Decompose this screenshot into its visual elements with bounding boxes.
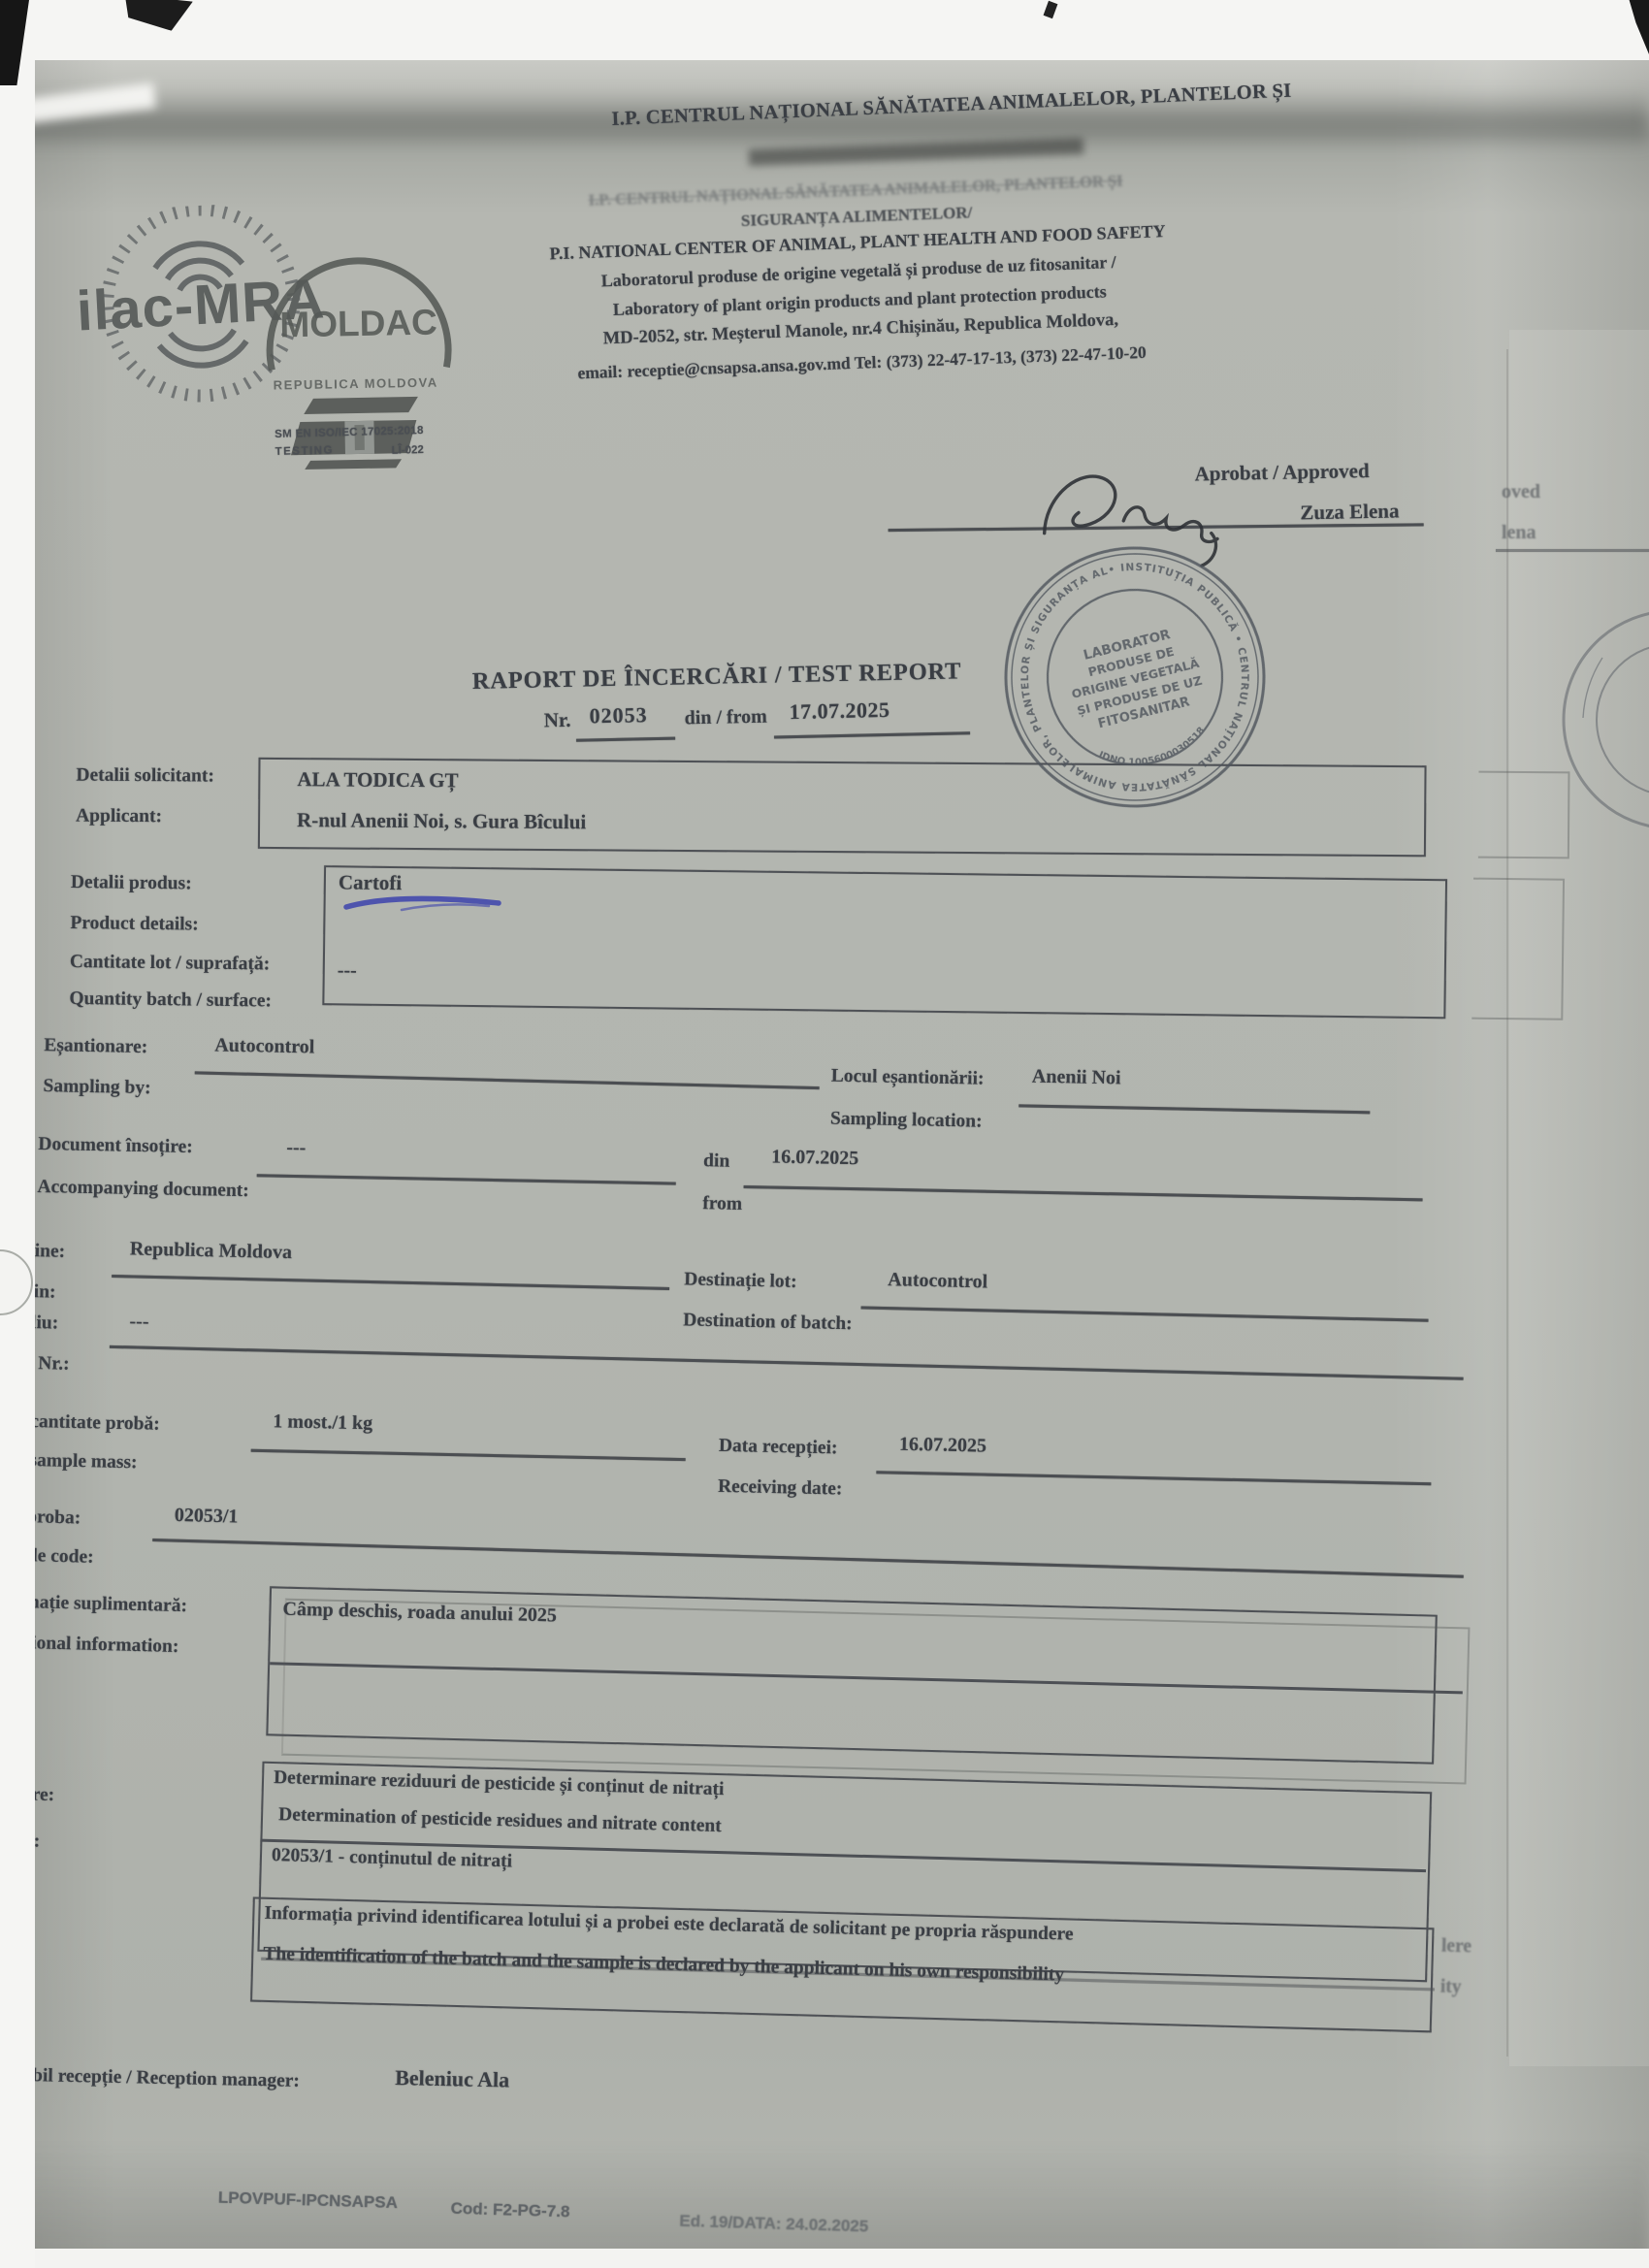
- footer-doc-code: Cod: F2-PG-7.8: [450, 2199, 569, 2222]
- applicant-label-en: Applicant:: [76, 806, 162, 828]
- additional-info-ghost-box: [281, 1599, 1471, 1785]
- reception-manager-name: Beleniuc Ala: [395, 2065, 509, 2092]
- receiving-value: 16.07.2025: [899, 1434, 986, 1458]
- applicant-name-value: ALA TODICA GȚ: [297, 767, 458, 793]
- scanned-test-report-page: I.P. CENTRUL NAȚIONAL SĂNĂTATEA ANIMALEL…: [0, 0, 1649, 2268]
- destination-label-ro: Destinație lot:: [684, 1269, 797, 1293]
- receiving-label-ro: Data recepției:: [719, 1436, 838, 1460]
- document-din-label: din: [703, 1150, 730, 1173]
- destination-value: Autocontrol: [888, 1269, 987, 1293]
- sampling-value: Autocontrol: [214, 1034, 314, 1058]
- destination-label-en: Destination of batch:: [683, 1310, 853, 1335]
- report-din-label: din / from: [684, 706, 767, 730]
- document-label-ro: Document însoțire:: [38, 1134, 193, 1158]
- sampling-location-label-en: Sampling location:: [830, 1109, 983, 1133]
- approver-name: Zuza Elena: [1300, 499, 1400, 525]
- sampling-label-en: Sampling by:: [43, 1076, 150, 1099]
- document-from-label: from: [702, 1193, 742, 1215]
- quantity-label-ro: Cantitate lot / suprafață:: [70, 952, 271, 976]
- sample-code-value: 02053/1: [175, 1505, 239, 1529]
- document-date-value: 16.07.2025: [771, 1146, 858, 1170]
- moldac-country-text: REPUBLICA MOLDOVA: [274, 375, 438, 393]
- product-ghost-box-fragment: [1471, 878, 1565, 1021]
- scan-margin-left: [0, 0, 35, 2268]
- accreditation-number: LÎ-022: [391, 444, 424, 457]
- note-ghost-fragment-1: lere: [1441, 1936, 1472, 1959]
- product-value-box: [322, 865, 1447, 1019]
- approval-ghost-name: lena: [1502, 522, 1536, 544]
- product-label-ro: Detalii produs:: [71, 872, 192, 895]
- letterhead-block: I.P. CENTRUL NAȚIONAL SĂNĂTATEA ANIMALEL…: [504, 168, 1213, 385]
- scan-margin-bottom: [0, 2249, 1649, 2268]
- applicant-address-value: R-nul Anenii Noi, s. Gura Bîcului: [297, 808, 586, 834]
- approval-ghost-line: [1496, 549, 1649, 552]
- receiving-label-en: Receiving date:: [718, 1476, 843, 1501]
- quantity-label-en: Quantity batch / surface:: [69, 988, 272, 1013]
- moldac-logo-text: MOLDAC: [279, 303, 437, 345]
- product-label-en: Product details:: [70, 913, 199, 936]
- testing-label: TESTING: [275, 444, 334, 458]
- accreditation-lines: SM EN ISO/IEC 17025:2018 TESTING LÎ-022: [275, 423, 508, 462]
- sampling-location-label-ro: Locul eșantionării:: [831, 1066, 985, 1090]
- underlying-page-column: [1509, 330, 1649, 2066]
- sample-value: 1 most./1 kg: [273, 1410, 372, 1435]
- sampling-location-value: Anenii Noi: [1032, 1066, 1121, 1090]
- product-value: Cartofi: [339, 870, 403, 895]
- document-label-en: Accompanying document:: [37, 1177, 249, 1202]
- pen-underline-mark: [341, 894, 506, 914]
- sampling-label-ro: Eșantionare:: [44, 1035, 147, 1058]
- applicant-ghost-box-fragment: [1478, 771, 1570, 859]
- quantity-value: ---: [338, 959, 357, 982]
- approval-ghost-label: oved: [1502, 481, 1540, 503]
- seal-value: ---: [129, 1311, 148, 1333]
- applicant-label-ro: Detalii solicitant:: [76, 765, 214, 788]
- report-date-value: 17.07.2025: [789, 697, 890, 725]
- note-ghost-fragment-2: ity: [1440, 1977, 1462, 1999]
- scan-margin-top: [0, 0, 1649, 60]
- document-value: ---: [286, 1137, 306, 1159]
- report-number-value: 02053: [589, 702, 648, 729]
- origin-value: Republica Moldova: [130, 1238, 293, 1264]
- report-number-label: Nr.: [543, 708, 570, 733]
